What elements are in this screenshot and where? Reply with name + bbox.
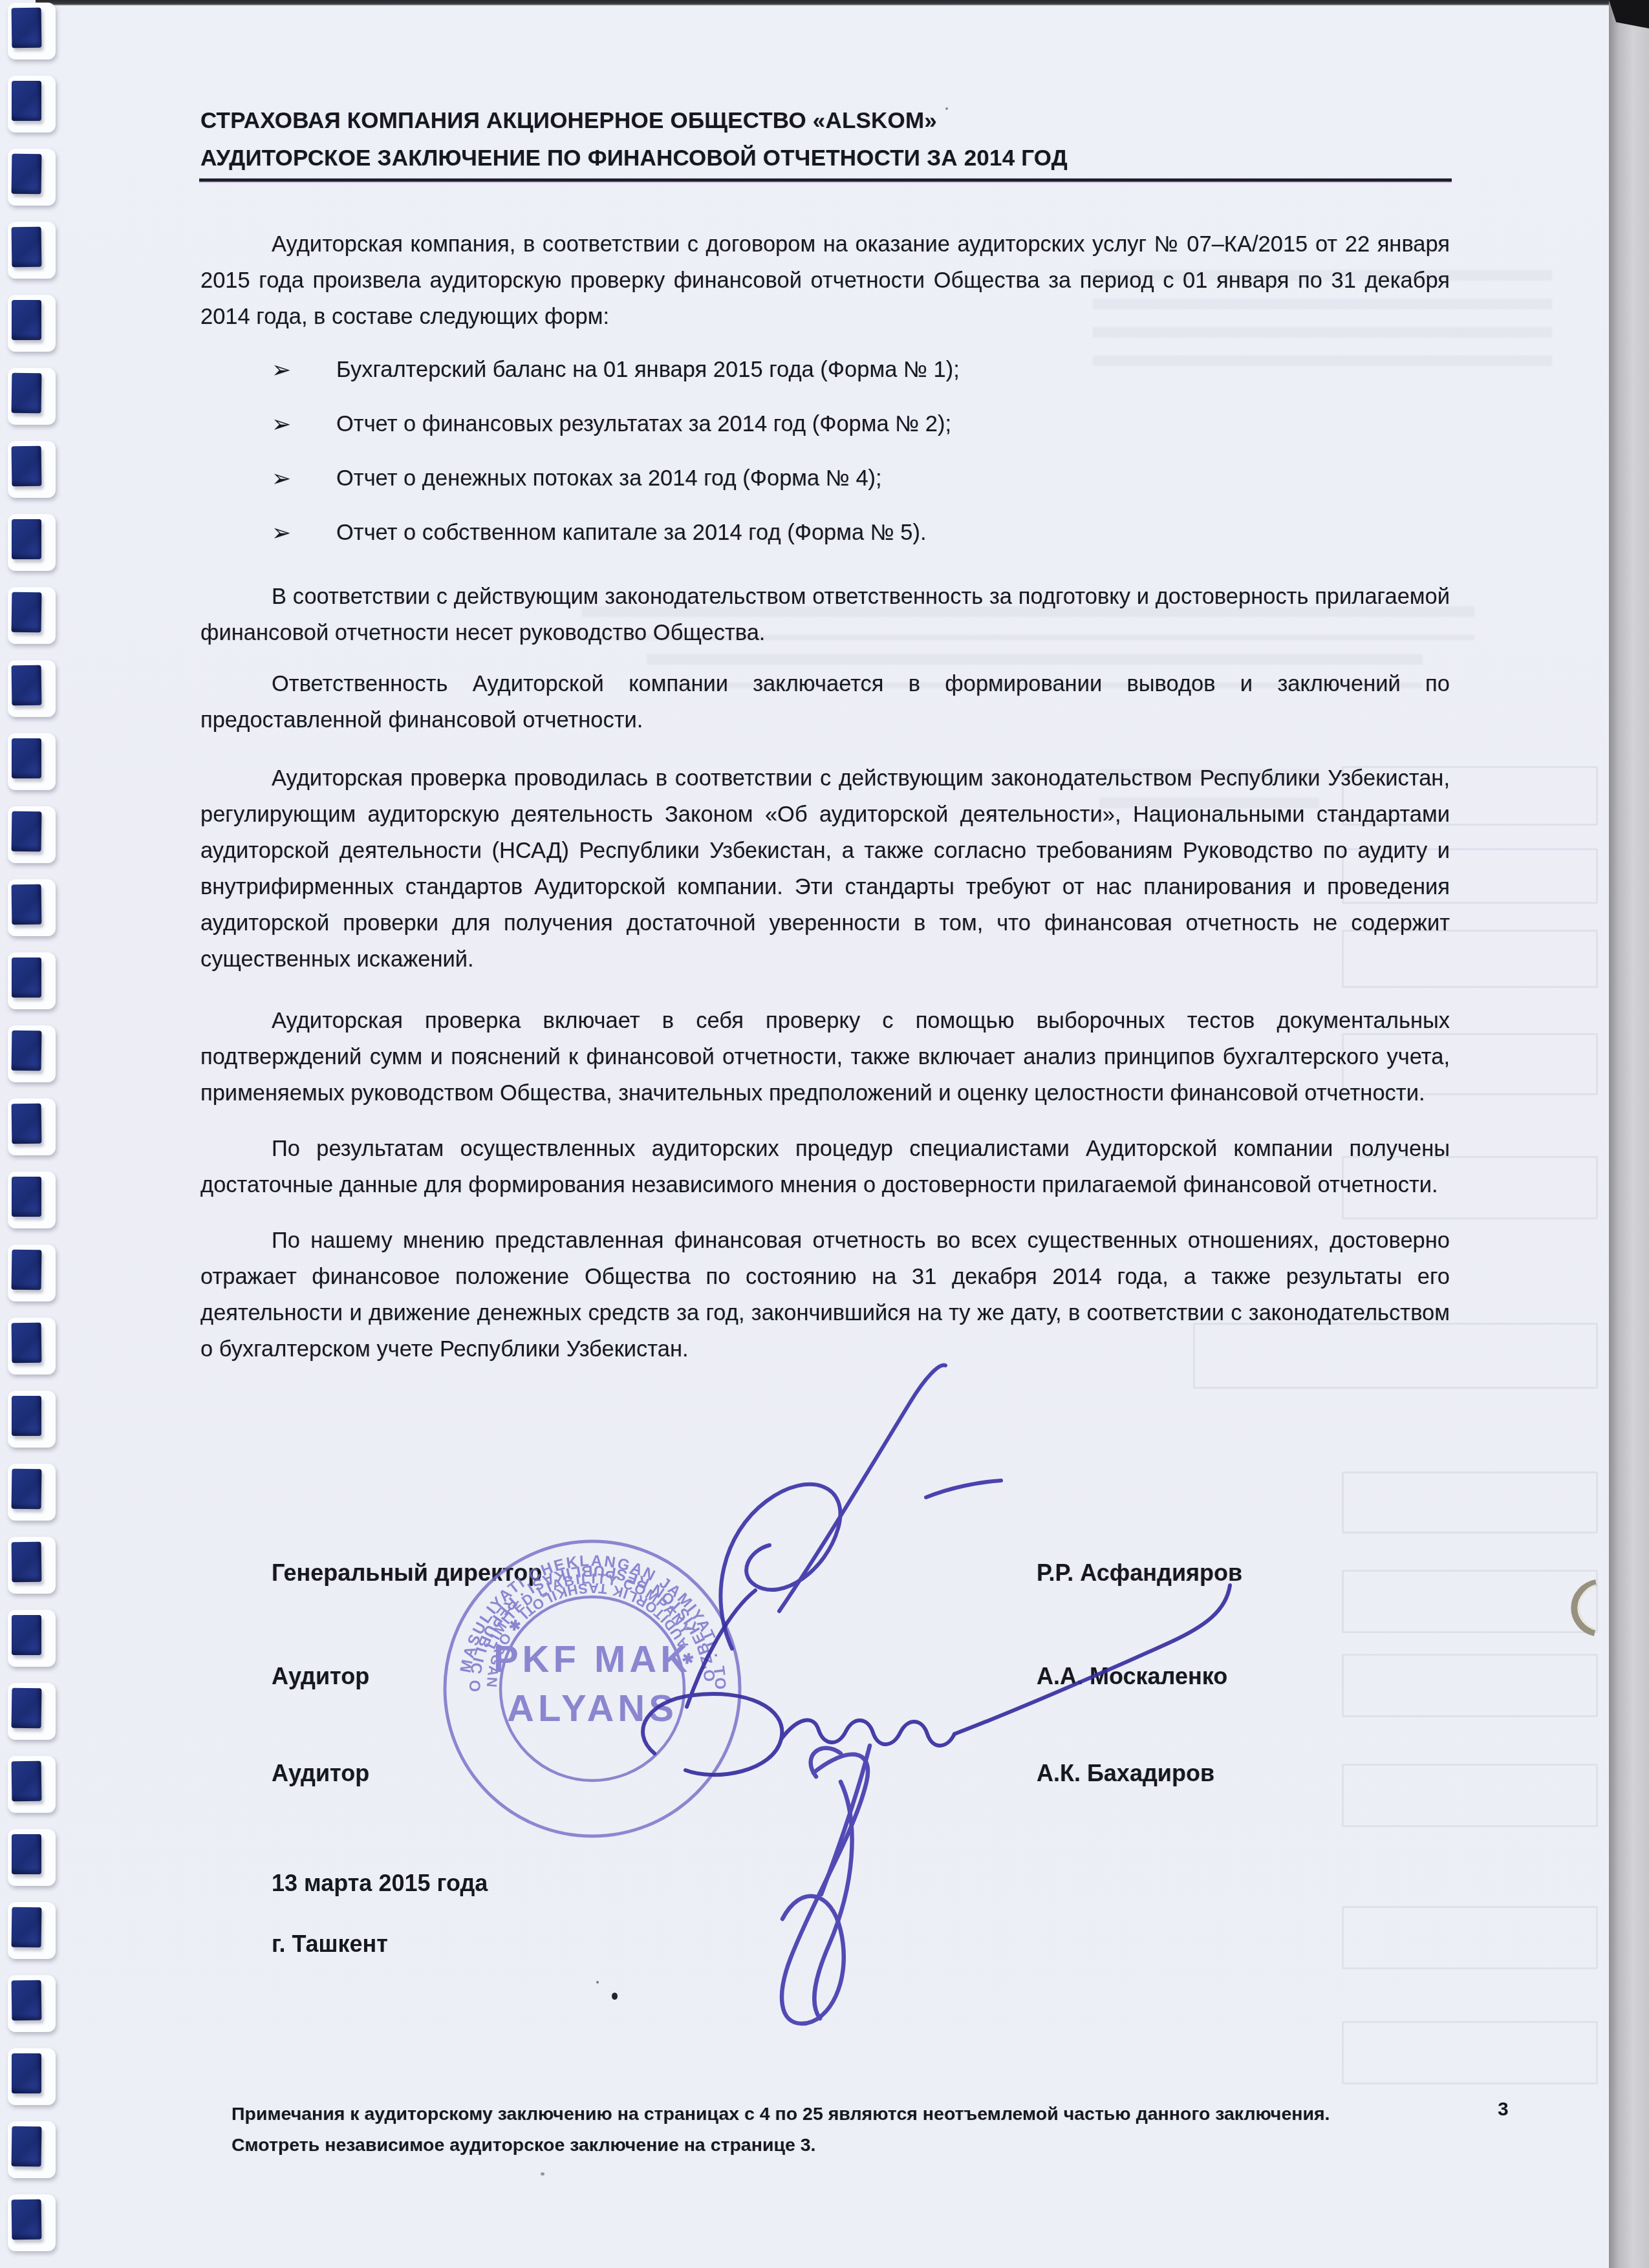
ink-speck: [596, 1981, 599, 1984]
binding-tab: [12, 2053, 41, 2093]
scan-right-edge: [1609, 0, 1649, 2268]
binding-tab: [12, 8, 42, 48]
binding-tab: [12, 446, 42, 487]
date-line: 13 марта 2015 года: [272, 1870, 488, 1897]
document-header: СТРАХОВАЯ КОМПАНИЯ АКЦИОНЕРНОЕ ОБЩЕСТВО …: [200, 102, 1452, 177]
binding-tab: [12, 2126, 42, 2167]
binding-tab: [12, 1469, 42, 1510]
list-item-label: Бухгалтерский баланс на 01 января 2015 г…: [336, 352, 960, 388]
list-item-label: Отчет о денежных потоках за 2014 год (Фо…: [336, 460, 882, 497]
paragraph-opinion: По нашему мнению представленная финансов…: [200, 1223, 1450, 1367]
signature-auditor-2: [782, 1746, 870, 2024]
scanned-audit-report-page: СТРАХОВАЯ КОМПАНИЯ АКЦИОНЕРНОЕ ОБЩЕСТВО …: [0, 0, 1649, 2268]
bleedthrough-box: [1342, 1570, 1598, 1633]
list-item: ➢ Отчет о финансовых результатах за 2014…: [200, 406, 1450, 442]
binding-tab: [12, 811, 42, 852]
binding-tab: [12, 592, 42, 633]
binding-tab: [12, 1980, 42, 2021]
binding-tab: [12, 1761, 42, 1802]
ink-speck: [945, 107, 948, 110]
footer-note: Примечания к аудиторскому заключению на …: [232, 2099, 1463, 2161]
ink-speck: [541, 2172, 544, 2176]
report-title: АУДИТОРСКОЕ ЗАКЛЮЧЕНИЕ ПО ФИНАНСОВОЙ ОТЧ…: [200, 140, 1452, 177]
binding-tab: [12, 1250, 42, 1290]
binding-tab: [12, 957, 41, 998]
binding-tab: [12, 1396, 41, 1436]
paragraph-standards: Аудиторская проверка проводилась в соотв…: [200, 760, 1450, 978]
signatory-name-director: Р.Р. Асфандияров: [1037, 1559, 1242, 1587]
arrow-bullet-icon: ➢: [200, 460, 336, 497]
signatory-name-auditor-1: А.А. Москаленко: [1037, 1663, 1227, 1690]
binding-tab: [12, 1542, 42, 1583]
binding-tab: [12, 2199, 42, 2240]
footer-line-2: Смотреть независимое аудиторское заключе…: [232, 2130, 1463, 2161]
bleedthrough-box: [1342, 1471, 1598, 1534]
signatory-name-auditor-2: А.К. Бахадиров: [1037, 1760, 1214, 1787]
binding-tab: [12, 227, 42, 268]
binding-tab: [12, 1615, 41, 1655]
binding-tab: [12, 154, 42, 195]
binding-tab: [12, 1104, 42, 1144]
report-body: Аудиторская компания, в соответствии с д…: [200, 226, 1450, 1367]
binding-tab: [12, 1688, 42, 1729]
binding-tab: [12, 81, 41, 121]
company-title: СТРАХОВАЯ КОМПАНИЯ АКЦИОНЕРНОЕ ОБЩЕСТВО …: [200, 102, 1452, 140]
role-label-auditor-2: Аудитор: [272, 1760, 369, 1787]
paragraph-intro: Аудиторская компания, в соответствии с д…: [200, 226, 1450, 335]
binding-tab: [12, 373, 42, 414]
binding-tab: [12, 519, 41, 559]
binding-tab: [12, 1907, 42, 1948]
paragraph-evidence: По результатам осуществленных аудиторски…: [200, 1131, 1450, 1203]
paragraph-responsibility-auditor: Ответственность Аудиторской компании зак…: [200, 666, 1450, 738]
stamp-center-line2: ALYANS: [507, 1687, 678, 1729]
paragraph-responsibility-management: В соответствии с действующим законодател…: [200, 579, 1450, 651]
paragraph-scope: Аудиторская проверка включает в себя про…: [200, 1003, 1450, 1111]
bleedthrough-box: [1342, 1906, 1598, 1969]
bleedthrough-box: [1342, 2021, 1598, 2084]
role-label-auditor-1: Аудитор: [272, 1663, 369, 1690]
list-item-label: Отчет о собственном капитале за 2014 год…: [336, 515, 927, 551]
binding-tab: [12, 1031, 42, 1071]
binding-tab: [12, 300, 41, 340]
binding-tab: [12, 665, 42, 706]
arrow-bullet-icon: ➢: [200, 352, 336, 388]
city-line: г. Ташкент: [272, 1931, 388, 1958]
header-rule: [199, 178, 1452, 182]
forms-list: ➢ Бухгалтерский баланс на 01 января 2015…: [200, 352, 1450, 551]
arrow-bullet-icon: ➢: [200, 515, 336, 551]
signature-director: [720, 1365, 1001, 1649]
list-item: ➢ Отчет о собственном капитале за 2014 г…: [200, 515, 1450, 551]
list-item: ➢ Отчет о денежных потоках за 2014 год (…: [200, 460, 1450, 497]
ink-speck: [612, 1993, 618, 2000]
page-number: 3: [1498, 2099, 1509, 2121]
footer-line-1: Примечания к аудиторскому заключению на …: [232, 2099, 1463, 2130]
list-item-label: Отчет о финансовых результатах за 2014 г…: [336, 406, 951, 442]
arrow-bullet-icon: ➢: [200, 406, 336, 442]
role-label-director: Генеральный директор: [272, 1559, 542, 1587]
binding-tab: [12, 1323, 42, 1364]
bleedthrough-box: [1342, 1764, 1598, 1827]
binding-tab: [12, 884, 42, 925]
bleedthrough-box: [1342, 1654, 1598, 1717]
binding-tab: [12, 1177, 41, 1217]
list-item: ➢ Бухгалтерский баланс на 01 января 2015…: [200, 352, 1450, 388]
stamp-center-line1: PKF MAK: [493, 1638, 691, 1680]
scan-top-edge: [36, 0, 1609, 6]
binding-tab: [12, 1834, 41, 1874]
binding-tab: [12, 738, 41, 778]
